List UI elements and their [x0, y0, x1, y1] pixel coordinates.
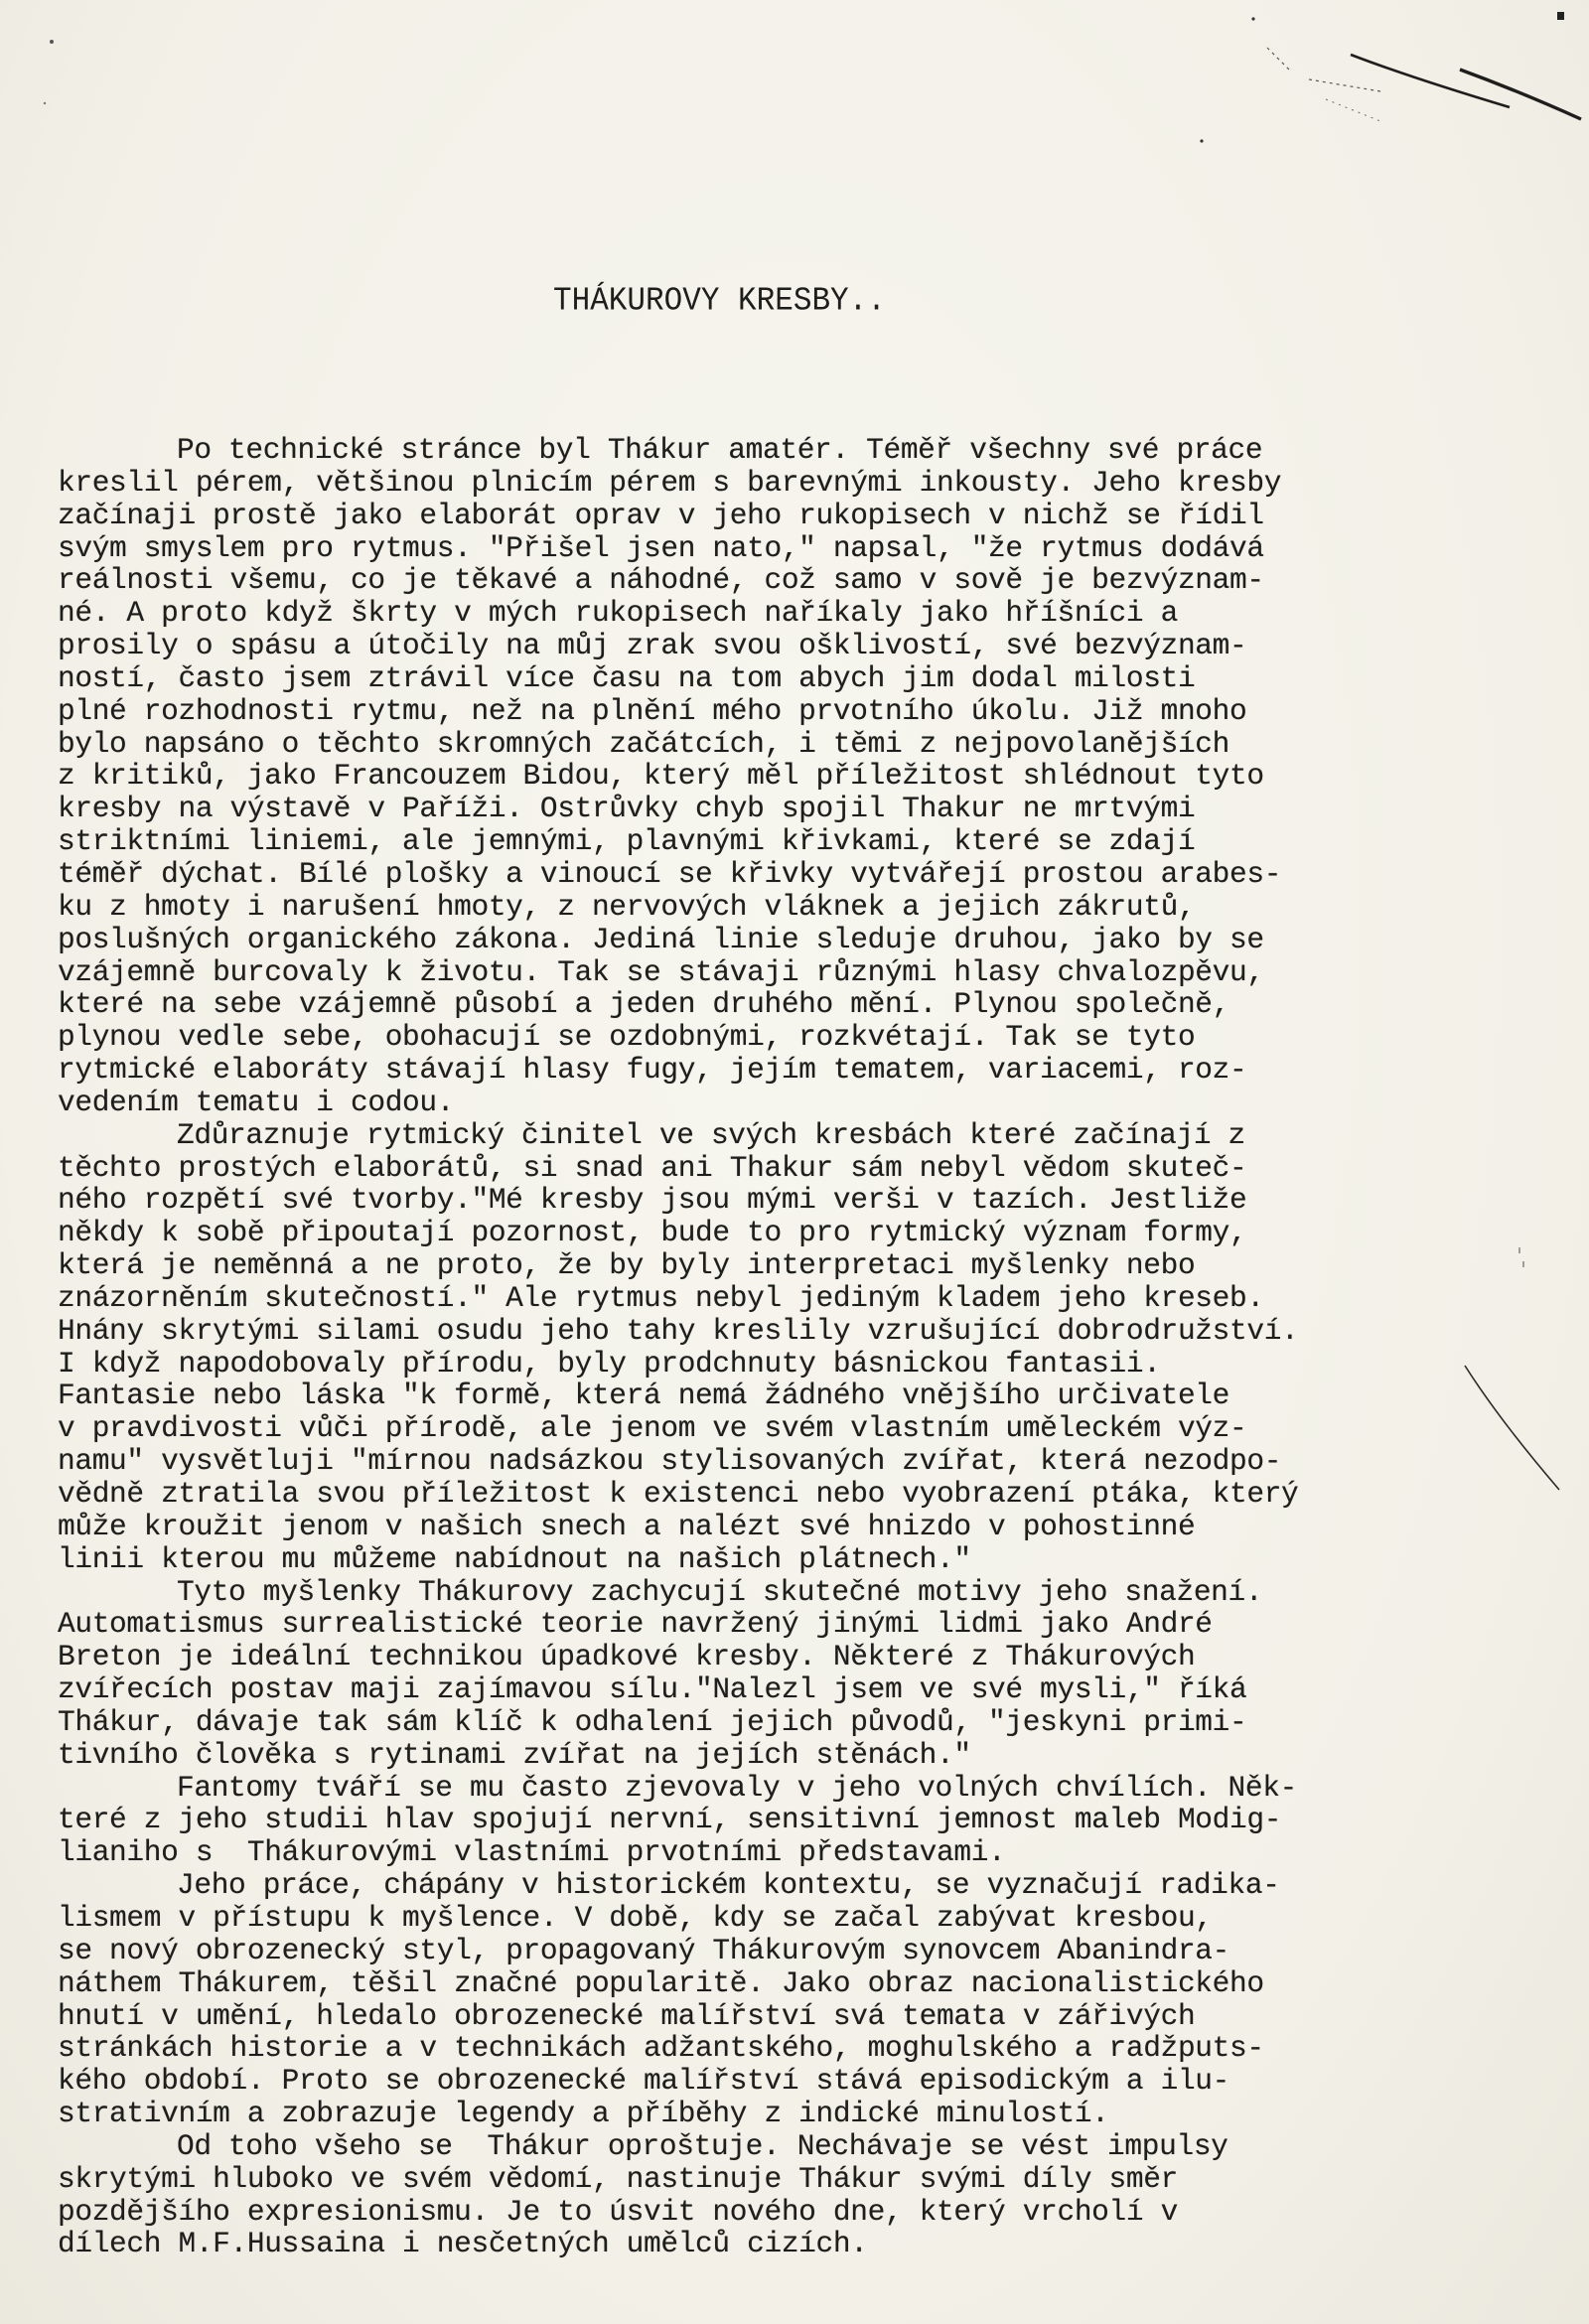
text-line: vzájemně burcovaly k životu. Tak se stáv…: [58, 956, 1508, 989]
text-line: tivního člověka s rytinami zvířat na jej…: [58, 1739, 1508, 1772]
text-line: kreslil pérem, většinou plnicím pérem s …: [58, 467, 1508, 500]
text-line: Po technické stránce byl Thákur amatér. …: [58, 434, 1508, 467]
text-line: poslušných organického zákona. Jediná li…: [58, 924, 1508, 956]
text-line: striktními liniemi, ale jemnými, plavným…: [58, 825, 1508, 858]
text-line: ností, často jsem ztrávil více času na t…: [58, 662, 1508, 695]
text-line: někdy k sobě připoutají pozornost, bude …: [58, 1217, 1508, 1249]
text-line: Automatismus surrealistické teorie navrž…: [58, 1608, 1508, 1641]
text-line: lianiho s Thákurovými vlastními prvotním…: [58, 1836, 1508, 1869]
document-title: THÁKUROVY KRESBY..: [553, 283, 886, 321]
text-line: plynou vedle sebe, obohacují se ozdobným…: [58, 1021, 1508, 1054]
text-line: Zdůraznuje rytmický činitel ve svých kre…: [58, 1119, 1508, 1152]
text-line: Od toho všeho se Thákur oproštuje. Nechá…: [58, 2130, 1508, 2163]
text-line: Tyto myšlenky Thákurovy zachycují skuteč…: [58, 1576, 1508, 1609]
text-line: Breton je ideální technikou úpadkové kre…: [58, 1641, 1508, 1673]
text-line: stránkách historie a v technikách adžant…: [58, 2032, 1508, 2065]
text-line: kresby na výstavě v Paříži. Ostrůvky chy…: [58, 793, 1508, 825]
text-line: Jeho práce, chápány v historickém kontex…: [58, 1869, 1508, 1902]
text-line: téměř dýchat. Bílé plošky a vinoucí se k…: [58, 858, 1508, 891]
text-line: plné rozhodnosti rytmu, než na plnění mé…: [58, 695, 1508, 728]
text-line: může kroužit jenom v našich snech a nalé…: [58, 1511, 1508, 1543]
text-line: vedením tematu i codou.: [58, 1087, 1508, 1119]
text-line: z kritiků, jako Francouzem Bidou, který …: [58, 760, 1508, 793]
margin-specks: [40, 20, 79, 119]
text-line: v pravdivosti vůči přírodě, ale jenom ve…: [58, 1412, 1508, 1445]
text-line: se nový obrozenecký styl, propagovaný Th…: [58, 1935, 1508, 1967]
text-line: pozdějšího expresionismu. Je to úsvit no…: [58, 2196, 1508, 2229]
text-line: lismem v přístupu k myšlence. V době, kd…: [58, 1902, 1508, 1935]
text-line: namu" vysvětluji "mírnou nadsázkou styli…: [58, 1445, 1508, 1478]
pen-stroke-marks: [1192, 0, 1589, 159]
text-line: hnutí v umění, hledalo obrozenecké malíř…: [58, 2000, 1508, 2033]
text-line: které na sebe vzájemně působí a jeden dr…: [58, 988, 1508, 1021]
text-line: teré z jeho studii hlav spojují nervní, …: [58, 1804, 1508, 1836]
text-line: I když napodobovaly přírodu, byly prodch…: [58, 1348, 1508, 1380]
text-line: ku z hmoty i narušení hmoty, z nervových…: [58, 891, 1508, 924]
text-line: dílech M.F.Hussaina i nesčetných umělců …: [58, 2228, 1508, 2260]
text-line: ného rozpětí své tvorby."Mé kresby jsou …: [58, 1184, 1508, 1217]
text-line: znázorněním skutečností." Ale rytmus neb…: [58, 1282, 1508, 1315]
text-line: náthem Thákurem, těšil značné popularitě…: [58, 1967, 1508, 2000]
text-line: Thákur, dávaje tak sám klíč k odhalení j…: [58, 1706, 1508, 1739]
text-line: zvířecích postav maji zajímavou sílu."Na…: [58, 1673, 1508, 1706]
document-body: Po technické stránce byl Thákur amatér. …: [58, 434, 1508, 2260]
text-line: kého období. Proto se obrozenecké malířs…: [58, 2065, 1508, 2098]
typed-page: THÁKUROVY KRESBY.. Po technické stránce …: [0, 0, 1589, 2324]
text-line: bylo napsáno o těchto skromných začátcíc…: [58, 728, 1508, 761]
text-line: začínaji prostě jako elaborát oprav v je…: [58, 500, 1508, 532]
text-line: né. A proto když škrty v mých rukopisech…: [58, 597, 1508, 630]
text-line: skrytými hluboko ve svém vědomí, nastinu…: [58, 2163, 1508, 2196]
text-line: Fantomy tváří se mu často zjevovaly v je…: [58, 1772, 1508, 1805]
text-line: linii kterou mu můžeme nabídnout na naši…: [58, 1543, 1508, 1576]
text-line: která je neměnná a ne proto, že by byly …: [58, 1249, 1508, 1282]
text-line: prosily o spásu a útočily na můj zrak sv…: [58, 630, 1508, 662]
text-line: Fantasie nebo láska "k formě, která nemá…: [58, 1380, 1508, 1412]
text-line: těchto prostých elaborátů, si snad ani T…: [58, 1152, 1508, 1185]
text-line: svým smyslem pro rytmus. "Přišel jsen na…: [58, 532, 1508, 565]
text-line: Hnány skrytými silami osudu jeho tahy kr…: [58, 1315, 1508, 1348]
text-line: rytmické elaboráty stávají hlasy fugy, j…: [58, 1054, 1508, 1087]
text-line: vědně ztratila svou příležitost k existe…: [58, 1478, 1508, 1511]
text-line: strativním a zobrazuje legendy a příběhy…: [58, 2098, 1508, 2130]
text-line: reálnosti všemu, co je těkavé a náhodné,…: [58, 564, 1508, 597]
